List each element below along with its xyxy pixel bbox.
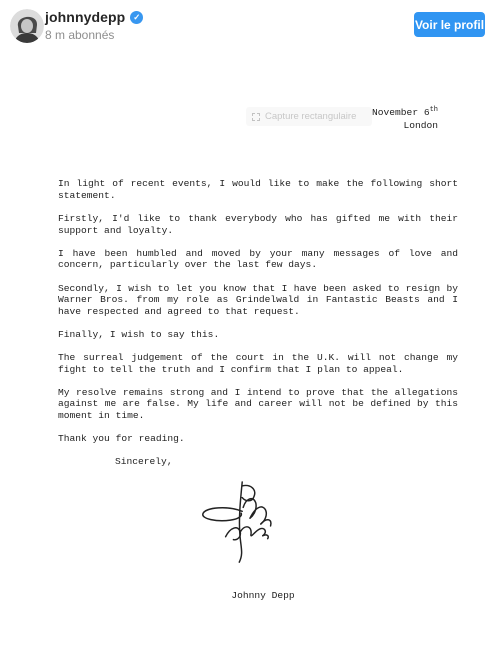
letter-paragraph: Firstly, I'd like to thank everybody who… bbox=[58, 213, 458, 236]
letter-dateline: November 6th London bbox=[58, 104, 458, 132]
typed-letter: November 6th London In light of recent e… bbox=[58, 104, 458, 602]
view-profile-button[interactable]: Voir le profil bbox=[414, 12, 485, 37]
letter-paragraph: The surreal judgement of the court in th… bbox=[58, 352, 458, 375]
letter-date: November 6th bbox=[58, 104, 438, 119]
letter-paragraph: I have been humbled and moved by your ma… bbox=[58, 248, 458, 271]
verified-badge-icon: ✓ bbox=[130, 11, 143, 24]
avatar-portrait-image bbox=[10, 9, 44, 43]
user-info: johnnydepp ✓ 8 m abonnés bbox=[45, 9, 143, 42]
letter-location: London bbox=[58, 119, 438, 132]
letter-paragraph: Finally, I wish to say this. bbox=[58, 329, 458, 341]
username[interactable]: johnnydepp bbox=[45, 9, 125, 25]
letter-paragraph: In light of recent events, I would like … bbox=[58, 178, 458, 201]
letter-paragraph: My resolve remains strong and I intend t… bbox=[58, 387, 458, 422]
letter-paragraph: Thank you for reading. bbox=[58, 433, 458, 445]
avatar[interactable] bbox=[10, 9, 44, 43]
followers-count: 8 m abonnés bbox=[45, 28, 143, 42]
signed-name: Johnny Depp bbox=[58, 590, 458, 602]
letter-paragraph: Secondly, I wish to let you know that I … bbox=[58, 283, 458, 318]
profile-header: johnnydepp ✓ 8 m abonnés Voir le profil bbox=[0, 0, 493, 52]
letter-closing: Sincerely, bbox=[58, 456, 458, 468]
signature-image bbox=[196, 480, 308, 568]
